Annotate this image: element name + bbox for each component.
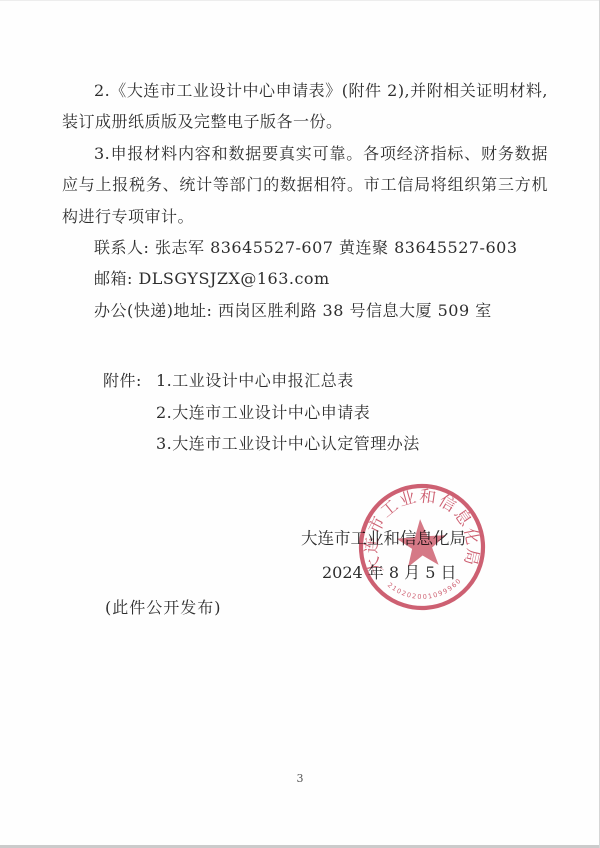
paragraph-line: 构进行专项审计。 xyxy=(62,201,548,232)
attachments-list: 附件:1.工业设计中心申报汇总表 2.大连市工业设计中心申请表 3.大连市工业设… xyxy=(62,365,548,459)
document-page: 2.《大连市工业设计中心申请表》(附件 2),并附相关证明材料, 装订成册纸质版… xyxy=(0,0,600,848)
attachment-item: 2.大连市工业设计中心申请表 xyxy=(62,397,548,428)
paragraph-application-form: 2.《大连市工业设计中心申请表》(附件 2),并附相关证明材料, 装订成册纸质版… xyxy=(62,75,548,138)
paragraph-line: 2.《大连市工业设计中心申请表》(附件 2),并附相关证明材料, xyxy=(62,75,548,106)
paragraph-line: 应与上报税务、统计等部门的数据相符。市工信局将组织第三方机 xyxy=(62,169,548,200)
public-release-note: (此件公开发布) xyxy=(105,595,222,618)
seal-star-icon xyxy=(395,517,448,567)
scan-edge-top xyxy=(0,0,600,1)
contact-person-line: 联系人: 张志军 83645527-607 黄连聚 83645527-603 xyxy=(62,232,548,263)
body-text: 2.《大连市工业设计中心申请表》(附件 2),并附相关证明材料, 装订成册纸质版… xyxy=(62,75,548,459)
attachments-label: 附件: xyxy=(103,365,156,396)
paragraph-line: 装订成册纸质版及完整电子版各一份。 xyxy=(62,106,548,137)
attachment-item: 附件:1.工业设计中心申报汇总表 xyxy=(62,365,548,396)
paragraph-data-accuracy: 3.申报材料内容和数据要真实可靠。各项经济指标、财务数据 应与上报税务、统计等部… xyxy=(62,138,548,232)
attachment-title: 1.工业设计中心申报汇总表 xyxy=(156,371,354,390)
page-number: 3 xyxy=(0,772,600,785)
paragraph-line: 3.申报材料内容和数据要真实可靠。各项经济指标、财务数据 xyxy=(62,138,548,169)
attachment-title: 2.大连市工业设计中心申请表 xyxy=(156,403,370,422)
attachment-item: 3.大连市工业设计中心认定管理办法 xyxy=(62,428,548,459)
official-seal: 大连市工业和信息化局 210202001099960 xyxy=(342,467,502,627)
email-line: 邮箱: DLSGYSJZX@163.com xyxy=(62,263,548,294)
attachment-title: 3.大连市工业设计中心认定管理办法 xyxy=(156,434,420,453)
address-line: 办公(快递)地址: 西岗区胜利路 38 号信息大厦 509 室 xyxy=(62,295,548,326)
